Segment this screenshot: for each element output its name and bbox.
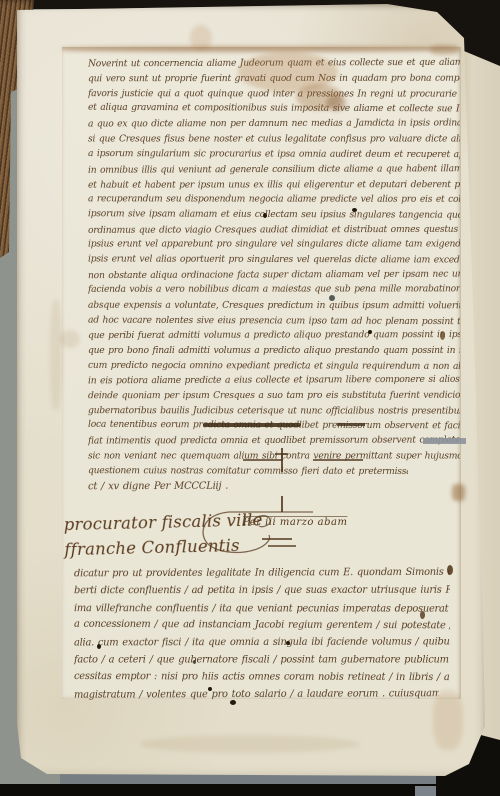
manuscript-page: Noverint ut concernencia aliame Judeorum… [17, 4, 490, 783]
manuscript-line: dicatur pro ut providentes legalitate In… [74, 564, 450, 583]
manuscript-line: sic non veniant nec quemquam alium sibi … [88, 449, 460, 464]
manuscript-line: fiat intimentis quod predicta omnia et q… [88, 433, 460, 449]
manuscript-line: in eis potiora aliame predicte a eius co… [88, 372, 460, 389]
manuscript-line: loca tenentibus eorum predicta omnia et … [88, 417, 460, 434]
manuscript-line: ipsius erunt vel apparebunt pro singular… [88, 237, 460, 252]
manuscript-line: cessitas emptor : nisi pro hiis actis om… [74, 668, 450, 686]
marginal-heading: procurator fiscalis ville ffranche Confl… [63, 508, 249, 563]
manuscript-line: et habuit et habent per ipsum unus ex il… [88, 177, 460, 193]
manuscript-line: qui vero sunt ut proprie fuerint gravati… [88, 71, 460, 87]
manuscript-line: in omnibus illis qui veniunt ad generale… [88, 161, 460, 178]
manuscript-line: si que Cresques fisus bene noster et cui… [88, 132, 460, 147]
manuscript-line: ima villefranche confluentis / ita que v… [74, 600, 450, 618]
manuscript-line: a quo ex quo dicte aliame non per damnum… [88, 116, 460, 132]
date-note: Per iii marzo abam [243, 517, 393, 528]
second-act-text-block: dicatur pro ut providentes legalitate In… [74, 565, 450, 703]
manuscript-line: alia. cum exactor fisci / ita que omnia … [74, 634, 450, 652]
heading-line-2: ffranche Confluentis [64, 533, 250, 563]
manuscript-line: facto / a ceteri / que gubernatore fisca… [74, 652, 450, 669]
manuscript-line: ipsis erunt vel alias oportuerit pro sin… [88, 252, 460, 268]
manuscript-line: absque expensis a voluntate, Cresques pr… [88, 297, 460, 313]
manuscript-line: deinde quoniam per ipsum Cresques a suo … [88, 388, 460, 404]
manuscript-line: que pro bono finali admitti volumus a pr… [88, 343, 460, 358]
manuscript-line: a concessionem / que ad instanciam Jacob… [74, 616, 450, 635]
manuscript-line: questionem cuius nostras comitatur commi… [88, 463, 408, 479]
manuscript-photo: Noverint ut concernencia aliame Judeorum… [0, 0, 500, 796]
manuscript-line: ordinamus que dicto viagio Cresques audi… [88, 222, 460, 238]
act-text-block: Noverint ut concernencia aliame Judeorum… [88, 56, 460, 494]
manuscript-line: Noverint ut concernencia aliame Judeorum… [88, 55, 460, 72]
manuscript-line: berti dicte confluentis / ad petita in i… [74, 582, 450, 600]
manuscript-line: et aliqua gravamina et compositionibus s… [88, 100, 460, 117]
manuscript-line: a ipsorum singularium sic procurarius et… [88, 146, 460, 162]
manuscript-line: que peribi fuerat admitti volumus a pred… [88, 327, 460, 343]
manuscript-line: a recuperandum seu disponendum negocia a… [88, 191, 460, 207]
manuscript-line: ipsorum sive ipsam aliamam et eius colle… [88, 206, 460, 223]
manuscript-line: magistratum / volentes que pro toto sala… [74, 685, 439, 704]
manuscript-line: ct / xv digne Per MCCCLiij . [88, 478, 244, 494]
manuscript-line: facienda vobis a vero nobilibus dicam a … [88, 282, 460, 298]
